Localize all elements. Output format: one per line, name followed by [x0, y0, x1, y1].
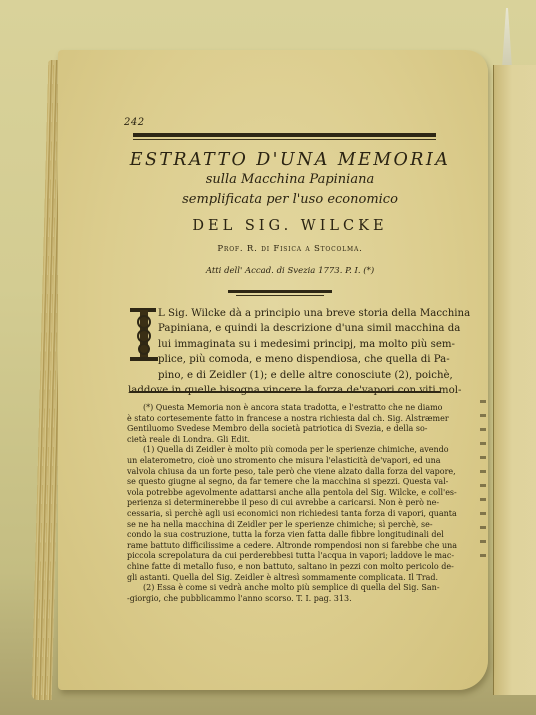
- footnote-separator: [130, 391, 440, 393]
- footnote-line: piccola screpolatura da cui perderebbesi…: [127, 551, 443, 562]
- header-rule: [133, 133, 436, 137]
- article-subtitle-1: sulla Macchina Papiniana: [120, 172, 460, 187]
- facing-page: [493, 65, 536, 695]
- footnote-line: chine fatte di metallo fuso, e non battu…: [127, 562, 443, 573]
- footnote-line: (1) Quella di Zeidler è molto più comoda…: [127, 445, 443, 456]
- body-line: L Sig. Wilcke dà a principio una breve s…: [128, 306, 440, 321]
- ornament-rule-thin: [236, 295, 324, 296]
- header-rule-thin: [133, 139, 436, 140]
- ornament-rule: [228, 290, 332, 293]
- footnote-line: se ne ha nella macchina di Zeidler per l…: [127, 520, 443, 531]
- body-line: plice, più comoda, e meno dispendiosa, c…: [128, 352, 440, 367]
- article-title: ESTRATTO D'UNA MEMORIA: [120, 150, 460, 170]
- footnote-line: condo la sua costruzione, tutta la forza…: [127, 530, 443, 541]
- footnote-line: (*) Questa Memoria non è ancora stata tr…: [127, 403, 443, 414]
- footnote-line: -giorgio, che pubblicammo l'anno scorso.…: [127, 594, 443, 605]
- author-affiliation: Prof. R. di Fisica a Stocolma.: [120, 244, 460, 254]
- footnote-line: perienza si determinerebbe il peso di cu…: [127, 498, 443, 509]
- article-subtitle-2: semplificata per l'uso economico: [120, 192, 460, 207]
- footnote-line: (2) Essa è come si vedrà anche molto più…: [127, 583, 443, 594]
- footnote-line: gli astanti. Quella del Sig. Zeidler è a…: [127, 573, 443, 584]
- source-citation: Atti dell' Accad. di Svezia 1773. P. I. …: [120, 266, 460, 276]
- footnote-line: un elaterometro, cioè uno stromento che …: [127, 456, 443, 467]
- footnote-line: cietà reale di Londra. Gli Edit.: [127, 435, 443, 446]
- bookmark-ribbon: [502, 8, 512, 68]
- facing-page-text-bleed: [480, 400, 486, 560]
- body-line: lui immaginata su i medesimi principj, m…: [128, 337, 440, 352]
- footnotes: (*) Questa Memoria non è ancora stata tr…: [127, 403, 443, 604]
- body-paragraph: L Sig. Wilcke dà a principio una breve s…: [128, 306, 440, 398]
- footnote-line: Gentiluomo Svedese Membro della società …: [127, 424, 443, 435]
- body-line: pino, e di Zeidler (1); e delle altre co…: [128, 368, 440, 383]
- footnote-line: se questo giugne al segno, da far temere…: [127, 477, 443, 488]
- body-line: Papiniana, e quindi la descrizione d'una…: [128, 321, 440, 336]
- footnote-line: è stato cortesemente fatto in francese a…: [127, 414, 443, 425]
- article-author: DEL SIG. WILCKE: [120, 218, 460, 234]
- footnote-line: cessaria, sì perchè agli usi economici n…: [127, 509, 443, 520]
- footnote-line: vola potrebbe agevolmente adattarsi anch…: [127, 488, 443, 499]
- footnote-line: valvola chiusa da un forte peso, tale pe…: [127, 467, 443, 478]
- footnote-line: rame battuto difficilissime a cedere. Al…: [127, 541, 443, 552]
- page-number: 242: [124, 117, 145, 128]
